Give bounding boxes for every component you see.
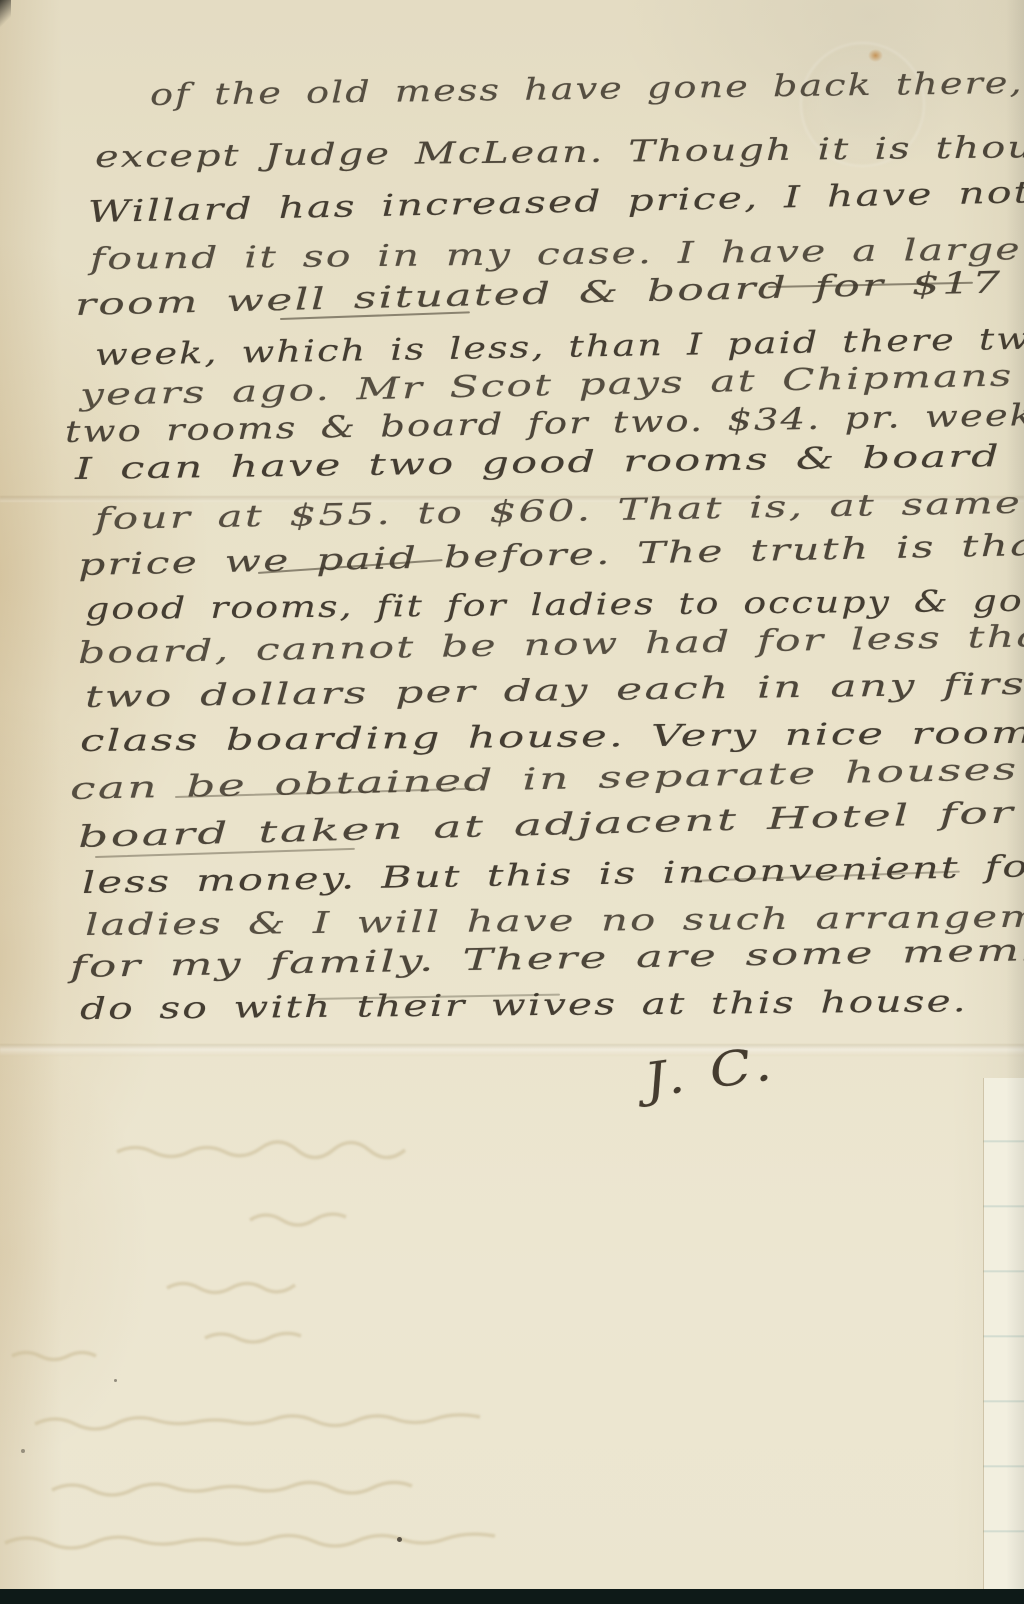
paper-speck [397,1537,402,1542]
letter-page: of the old mess have gone back there,exc… [0,0,1024,1604]
scan-background-strip [0,1589,1024,1604]
paper-speck [114,1379,117,1382]
paper-speck [21,1449,25,1453]
